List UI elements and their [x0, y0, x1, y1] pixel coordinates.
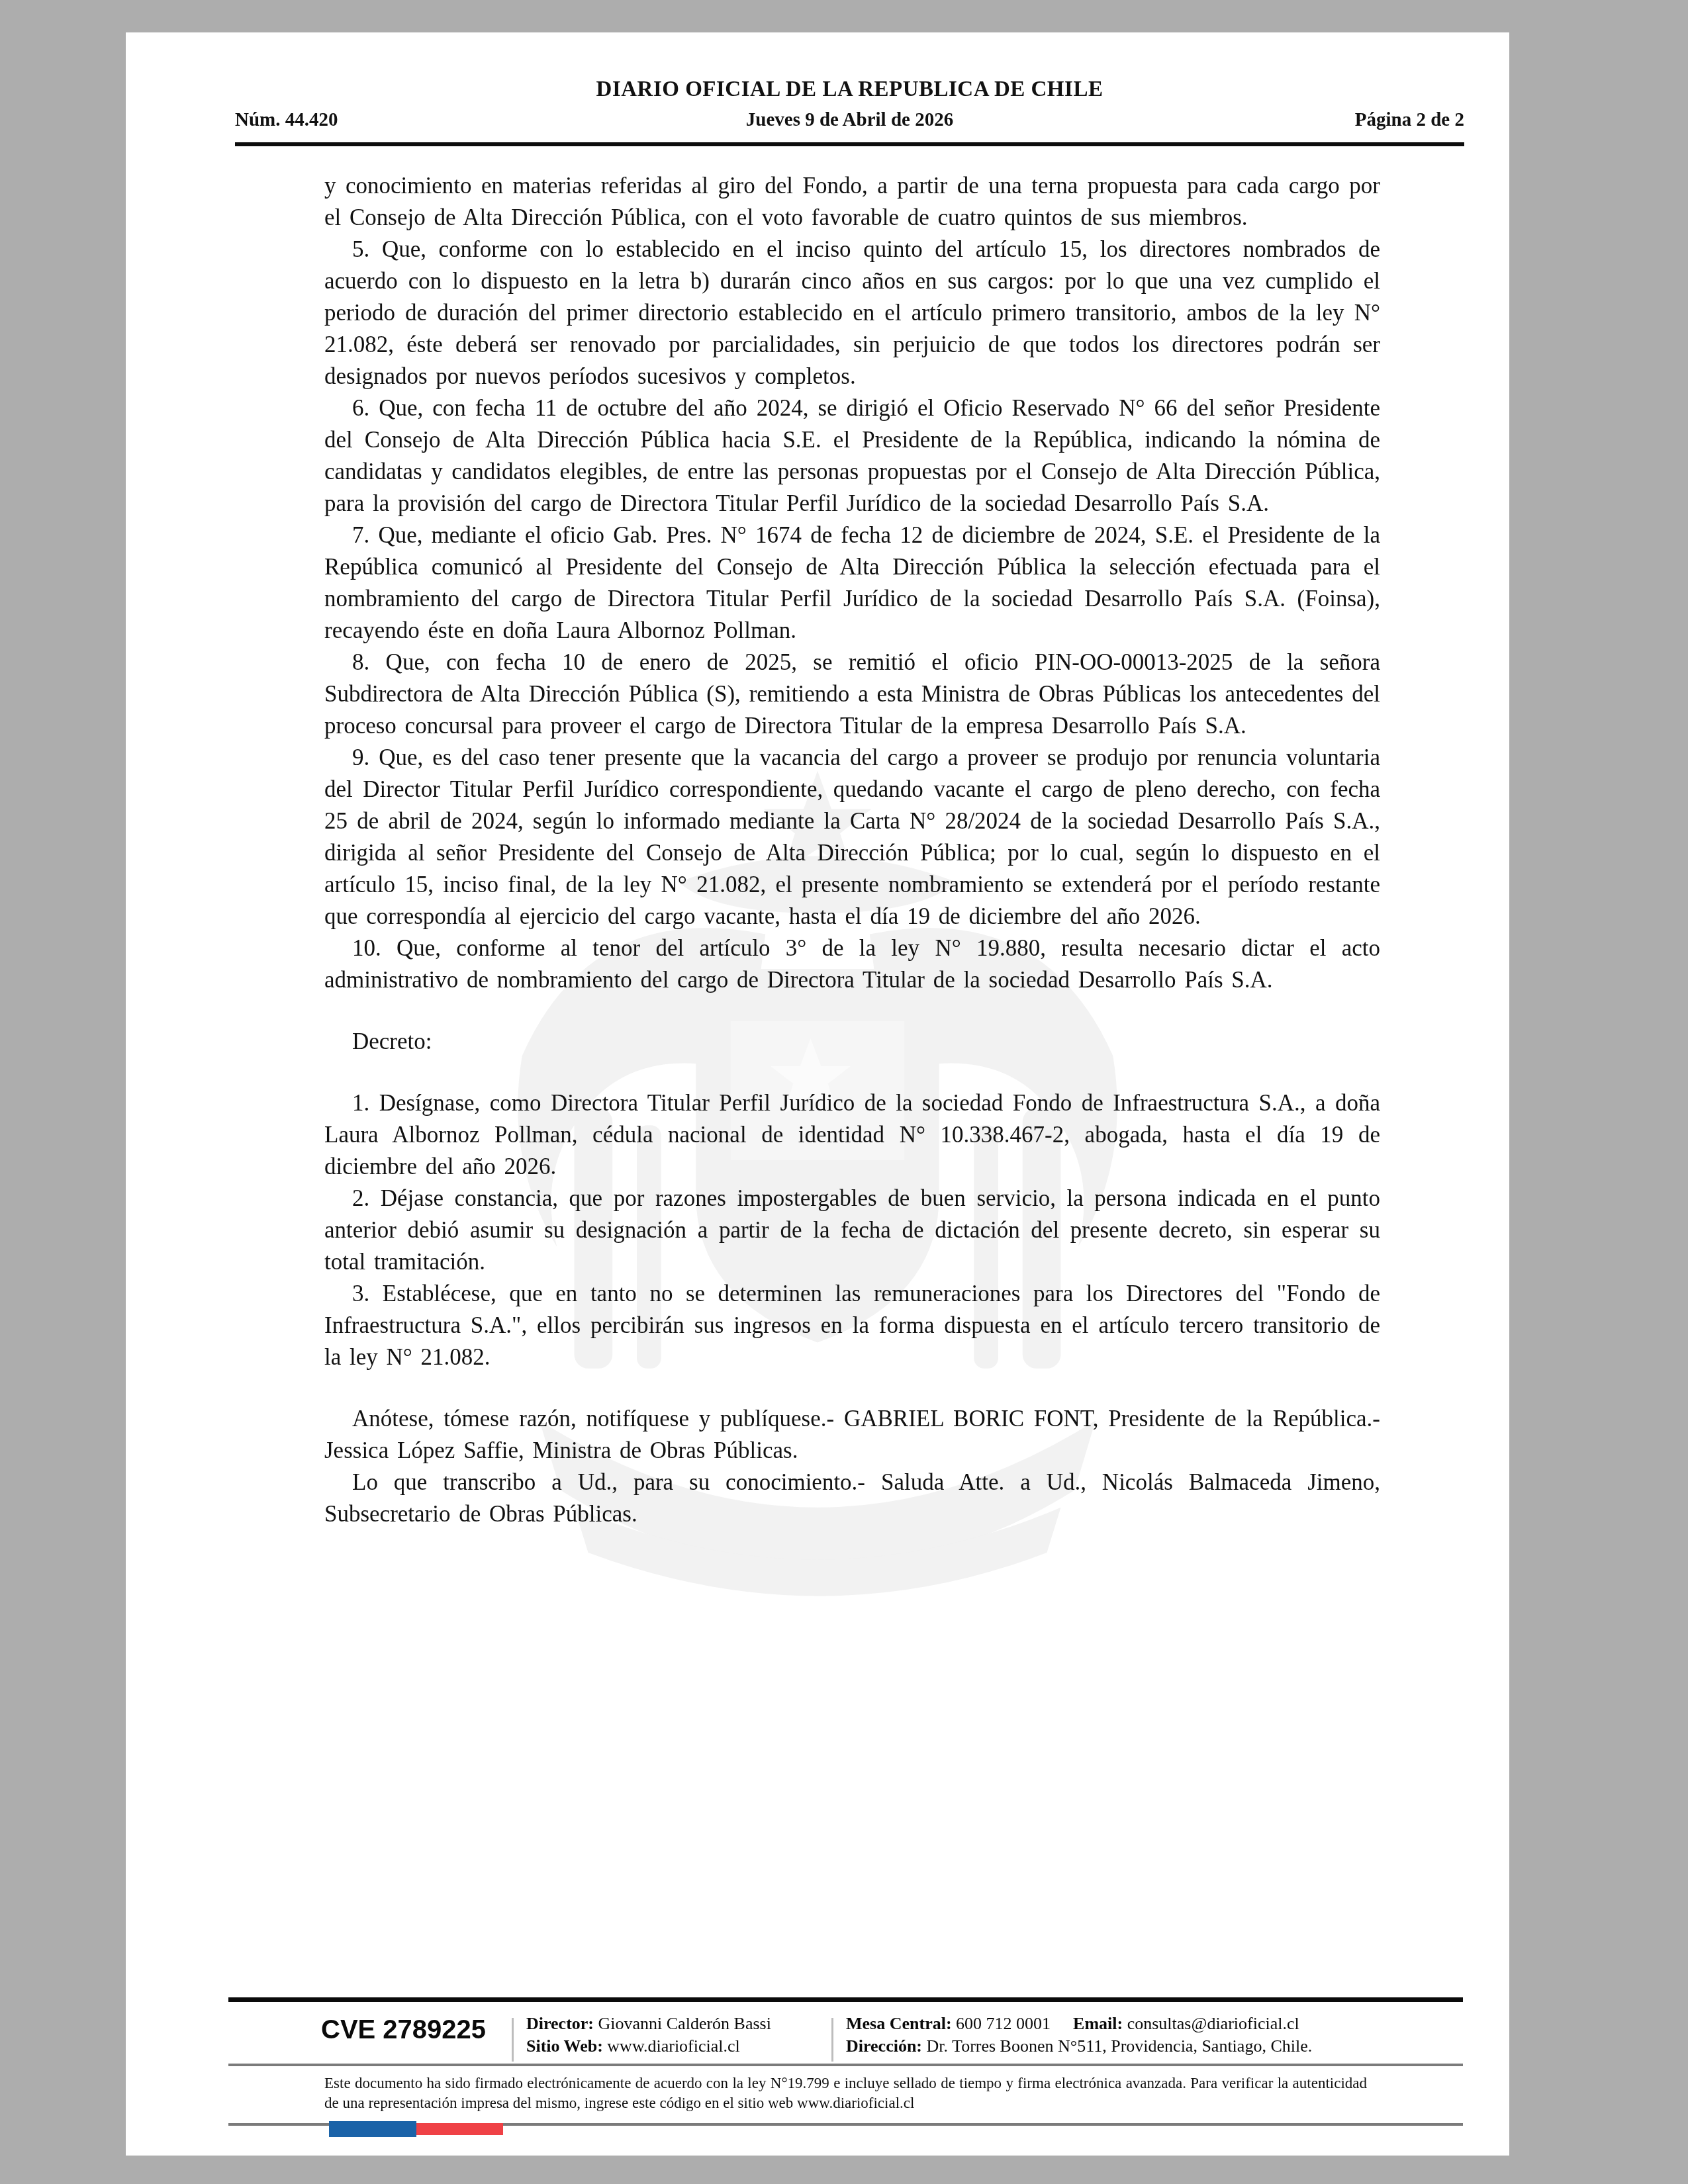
- body-paragraph: 3. Establécese, que en tanto no se deter…: [324, 1278, 1380, 1373]
- footer-divider: [512, 2018, 514, 2062]
- body-paragraph: Decreto:: [324, 1026, 1380, 1058]
- email-label: Email:: [1073, 2014, 1123, 2033]
- phone-label: Mesa Central:: [846, 2014, 952, 2033]
- director-name: Giovanni Calderón Bassi: [598, 2014, 771, 2033]
- body-paragraph: y conocimiento en materias referidas al …: [324, 170, 1380, 234]
- body-paragraph: Lo que transcribo a Ud., para su conocim…: [324, 1467, 1380, 1530]
- body-paragraph: 1. Desígnase, como Directora Titular Per…: [324, 1087, 1380, 1183]
- footer-contact-block: Mesa Central: 600 712 0001Email: consult…: [846, 2013, 1468, 2058]
- body-paragraph: 7. Que, mediante el oficio Gab. Pres. N°…: [324, 520, 1380, 647]
- body-paragraph: 10. Que, conforme al tenor del artículo …: [324, 933, 1380, 996]
- email-address: consultas@diarioficial.cl: [1127, 2014, 1299, 2033]
- body-paragraph: 2. Déjase constancia, que por razones im…: [324, 1183, 1380, 1278]
- electronic-signature-note: Este documento ha sido firmado electróni…: [324, 2073, 1367, 2113]
- footer-top-rule: [228, 1997, 1463, 2002]
- footer-address-line: Dirección: Dr. Torres Boonen N°511, Prov…: [846, 2035, 1468, 2058]
- decree-body: y conocimiento en materias referidas al …: [324, 170, 1380, 1530]
- body-paragraph: 5. Que, conforme con lo establecido en e…: [324, 234, 1380, 392]
- body-paragraph: Anótese, tómese razón, notifíquese y pub…: [324, 1403, 1380, 1467]
- footer-phone-email-line: Mesa Central: 600 712 0001Email: consult…: [846, 2013, 1468, 2035]
- phone-number: 600 712 0001: [956, 2014, 1051, 2033]
- header-meta-row: Núm. 44.420 Jueves 9 de Abril de 2026 Pá…: [235, 108, 1464, 132]
- body-paragraph: 8. Que, con fecha 10 de enero de 2025, s…: [324, 647, 1380, 742]
- director-label: Director:: [526, 2014, 594, 2033]
- issue-number: Núm. 44.420: [235, 108, 746, 132]
- page-header: DIARIO OFICIAL DE LA REPUBLICA DE CHILE …: [235, 76, 1464, 146]
- footer-director-line: Director: Giovanni Calderón Bassi: [526, 2013, 824, 2035]
- header-rule: [235, 142, 1464, 146]
- gov-logo-red-block: [416, 2123, 503, 2135]
- body-paragraph: 9. Que, es del caso tener presente que l…: [324, 742, 1380, 933]
- document-page: DIARIO OFICIAL DE LA REPUBLICA DE CHILE …: [126, 32, 1509, 2156]
- footer-divider: [831, 2018, 833, 2062]
- gov-logo-blue-block: [329, 2121, 416, 2137]
- footer-website-line: Sitio Web: www.diarioficial.cl: [526, 2035, 824, 2058]
- body-paragraph: 6. Que, con fecha 11 de octubre del año …: [324, 392, 1380, 520]
- footer-gray-rule-top: [228, 2064, 1463, 2066]
- address-value: Dr. Torres Boonen N°511, Providencia, Sa…: [927, 2036, 1313, 2056]
- page-indicator: Página 2 de 2: [953, 108, 1464, 132]
- address-label: Dirección:: [846, 2036, 922, 2056]
- issue-date: Jueves 9 de Abril de 2026: [746, 108, 953, 132]
- website-url: www.diarioficial.cl: [607, 2036, 739, 2056]
- masthead-title: DIARIO OFICIAL DE LA REPUBLICA DE CHILE: [235, 76, 1464, 103]
- website-label: Sitio Web:: [526, 2036, 603, 2056]
- cve-code: CVE 2789225: [321, 2015, 486, 2044]
- footer-director-block: Director: Giovanni Calderón Bassi Sitio …: [526, 2013, 824, 2058]
